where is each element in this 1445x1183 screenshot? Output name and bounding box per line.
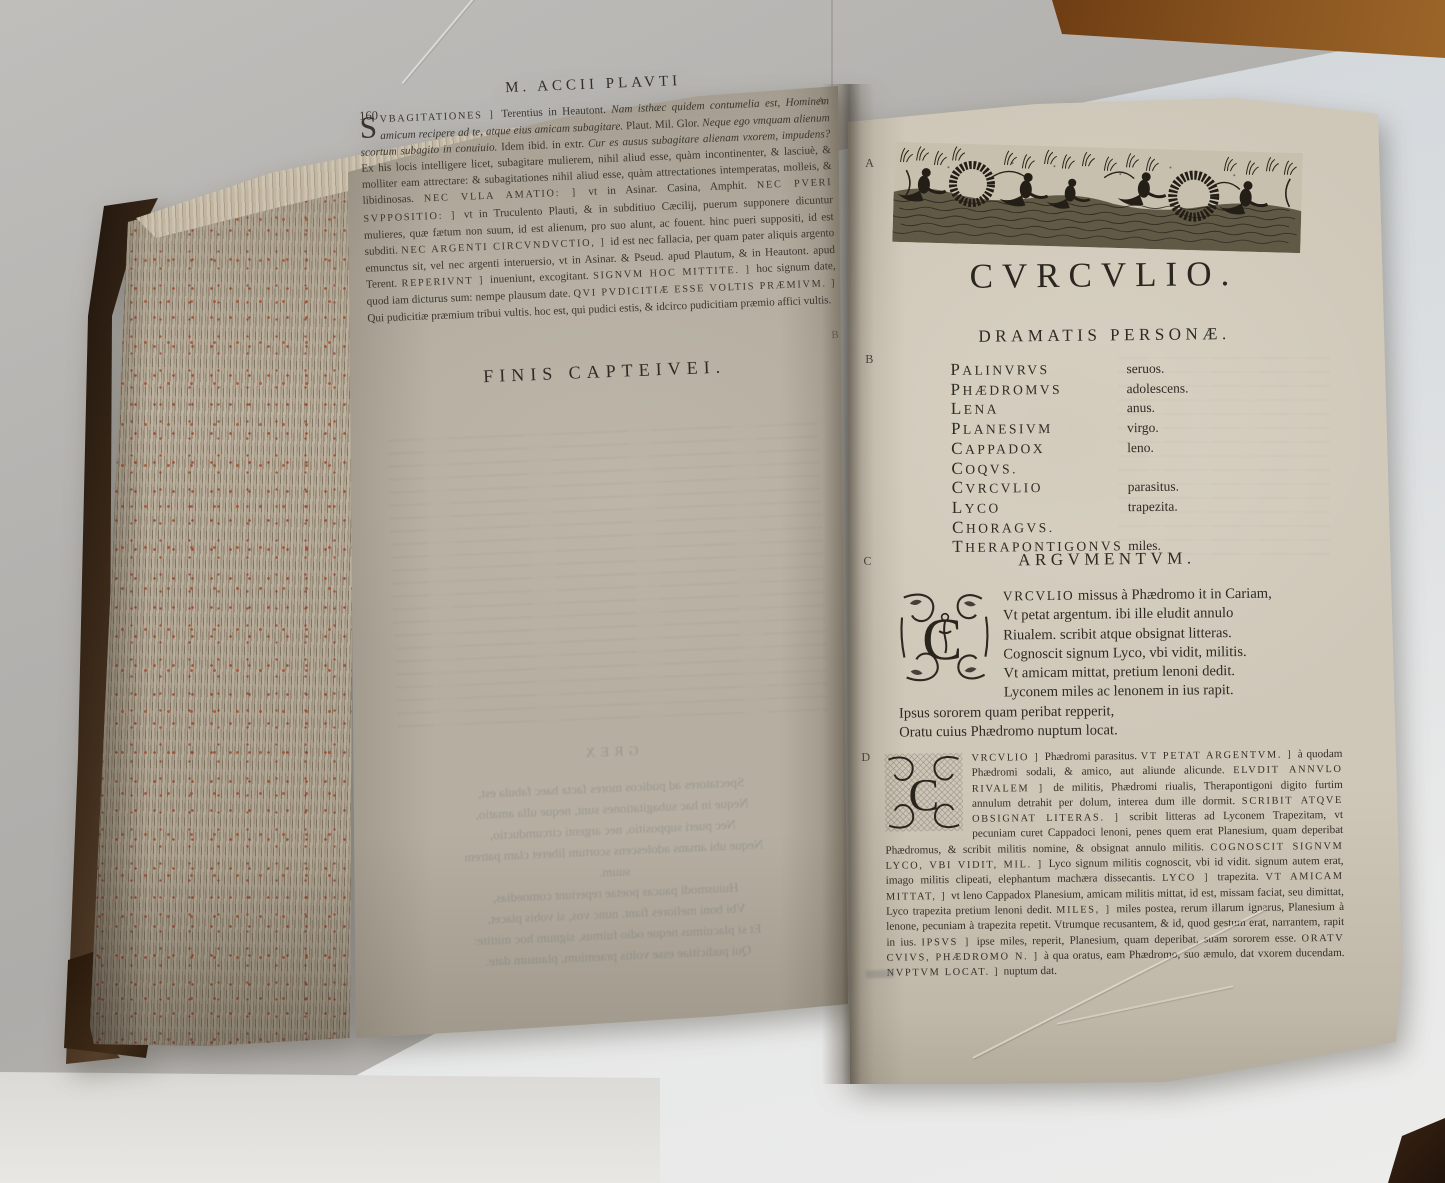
showthrough-texture-left [386, 421, 830, 738]
text-segment: MILES, ] [1056, 904, 1116, 916]
woodcut-initial-c-argumentum: C [898, 589, 991, 686]
text-segment: IPSVS ] [921, 936, 976, 948]
text-segment: LYCO ] [1162, 873, 1217, 885]
character-role: leno. [1127, 440, 1154, 455]
character-name: LYCO [952, 497, 1128, 519]
text-segment: à qua oratus, eam Phædromo, suo æmulo, d… [1044, 947, 1345, 962]
photograph-of-open-book: M. ACCII PLAVTI 160 A B SVBAGITATIONES ]… [0, 0, 1445, 1183]
margin-letter-b: B [865, 352, 873, 367]
character-role: seruos. [1126, 361, 1164, 376]
text-segment: inueniunt, excogitant. [490, 270, 594, 286]
argumentum-verse: C VRCVLIO missus à Phædromo it in Cariam… [898, 583, 1352, 743]
text-segment: REPERIVNT ] [401, 275, 490, 290]
text-segment: Phædromi parasitus. [1045, 750, 1141, 763]
text-segment: VRCVLIO ] [971, 752, 1044, 764]
text-segment: NVPTVM LOCAT. ] [887, 967, 1004, 979]
character-role: virgo. [1127, 420, 1159, 435]
dramatis-personae-list: PALINVRVSseruos.PHÆDROMVSadolescens.LENA… [950, 357, 1342, 558]
svg-text:C: C [908, 769, 939, 820]
page-number-left: 160 [359, 108, 378, 124]
margin-letter-a-left: A [817, 95, 825, 107]
text-segment: vt in Asinar. Casina, Amphit. [588, 180, 757, 199]
left-page-text: M. ACCII PLAVTI 160 A B SVBAGITATIONES ]… [358, 67, 840, 392]
character-role: trapezita. [1128, 499, 1178, 515]
faint-catchword-smudge [866, 970, 894, 979]
left-commentary-paragraph: SVBAGITATIONES ] Terentius in Heautont. … [359, 93, 837, 327]
character-role: anus. [1127, 400, 1155, 415]
text-segment: VT PETAT ARGENTVM. ] [1141, 749, 1298, 762]
text-segment: VBAGITATIONES ] [379, 109, 501, 125]
character-name: CVRCVLIO [952, 477, 1128, 499]
text-segment: NEC VLLA AMATIO: ] [424, 187, 589, 205]
curculio-commentary-paragraph: C VRCVLIO ] Phædromi parasitus. VT PETAT… [884, 747, 1344, 981]
margin-letter-a: A [865, 156, 874, 171]
character-name: CAPPADOX [951, 438, 1127, 460]
character-name: PLANESIVM [951, 418, 1127, 440]
margin-letter-d: D [861, 750, 870, 765]
open-book: M. ACCII PLAVTI 160 A B SVBAGITATIONES ]… [0, 0, 1445, 1183]
woodcut-initial-c-commentary: C [884, 753, 963, 832]
text-segment: Idem ibid. in extr. [501, 138, 588, 153]
page-edges-stack-speckled [88, 158, 358, 1050]
margin-letter-b-left: B [831, 329, 839, 341]
character-role: adolescens. [1127, 380, 1189, 396]
text-segment: ipse miles, reperit, Planesium, quam dep… [977, 932, 1302, 947]
character-name: COQVS. [951, 458, 1127, 480]
character-role: parasitus. [1128, 479, 1180, 495]
character-name: PALINVRVS [950, 359, 1126, 381]
showthrough-grex-epilogue: GREX Spectatores ad pudicos mores facta … [393, 733, 834, 976]
text-segment: Plaut. Mil. Glor. [626, 117, 703, 132]
text-segment: nuptum dat. [1003, 965, 1057, 978]
woodcut-headpiece-engraving [892, 142, 1303, 253]
play-title: CVRCVLIO. [876, 253, 1331, 298]
text-segment: SIGNVM HOC MITTITE. ] [593, 264, 757, 282]
character-name: PHÆDROMVS [951, 379, 1127, 401]
character-name: CHORAGVS. [952, 517, 1128, 539]
character-name: LENA [951, 399, 1127, 421]
margin-letter-c: C [863, 554, 871, 569]
text-segment: Terentius in Heautont. [501, 104, 611, 120]
text-segment: trapezita. [1217, 871, 1265, 884]
